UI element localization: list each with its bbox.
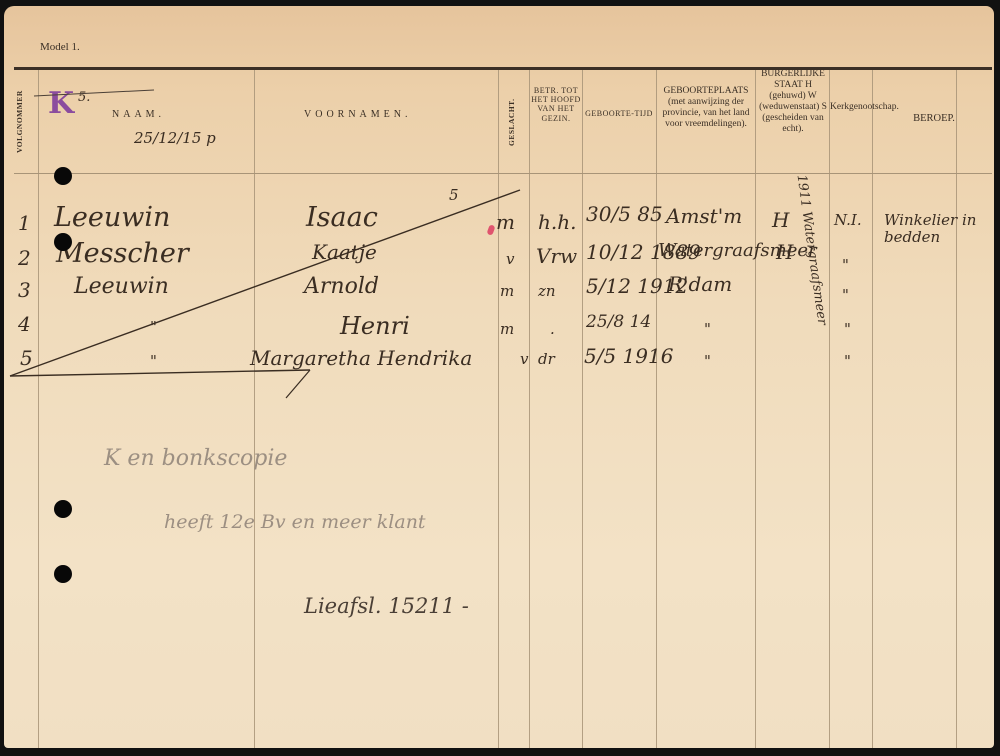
stamp-note: 5.	[78, 90, 90, 105]
col-divider	[656, 70, 657, 748]
punch-hole	[54, 565, 72, 583]
header-geboorteplaats: GEBOORTEPLAATS (met aanwijzing der provi…	[657, 86, 755, 130]
top-rule	[14, 67, 992, 70]
row-1-betrekking: h.h.	[538, 210, 576, 234]
row-1-beroep: Winkelier in bedden	[884, 212, 984, 245]
row-1-voornamen-sup: 5	[449, 186, 459, 204]
row-5-geboortetijd: 5/5 1916	[584, 344, 673, 368]
row-2-nr: 2	[18, 246, 31, 270]
punch-hole	[54, 167, 72, 185]
row-1-staat: H	[772, 208, 789, 232]
row-2-geslacht: v	[506, 250, 514, 268]
row-1-voornamen: Isaac	[306, 202, 378, 233]
row-4-betrekking: .	[550, 320, 555, 338]
col-divider	[582, 70, 583, 748]
row-3-voornamen: Arnold	[304, 274, 379, 299]
header-naam: NAAM.	[112, 109, 165, 121]
header-kerkgenootschap: Kerkgenootschap.	[830, 102, 872, 113]
col-divider	[956, 70, 957, 748]
col-divider	[829, 70, 830, 748]
row-4-voornamen: Henri	[340, 312, 410, 340]
pencil-note-1: K en bonkscopie	[104, 446, 287, 471]
header-burgerlijke-staat: BURGERLIJKE STAAT H (gehuwd) W (weduwens…	[756, 69, 830, 135]
row-5-naam: "	[150, 352, 157, 370]
row-5-kerk: "	[844, 352, 851, 370]
row-2-voornamen: Kaatje	[312, 240, 377, 264]
header-geslacht: GESLACHT.	[508, 92, 517, 152]
row-3-nr: 3	[18, 278, 31, 302]
header-volgnommer: VOLGNOMMER	[16, 82, 25, 162]
row-4-naam: "	[150, 318, 157, 336]
row-1-geboortetijd: 30/5 85	[586, 202, 663, 226]
model-label: Model 1.	[40, 41, 80, 53]
header-rule	[14, 173, 992, 174]
registration-card: Model 1. VOLGNOMMER K 5. NAAM. 25/12/15 …	[4, 6, 994, 748]
col-divider	[755, 70, 756, 748]
row-1-nr: 1	[18, 211, 31, 235]
row-3-geslacht: m	[500, 282, 514, 300]
row-5-voornamen: Margaretha Hendrika	[250, 346, 472, 370]
col-divider	[872, 70, 873, 748]
header-geboortetijd: GEBOORTE-TIJD	[584, 109, 654, 118]
col-divider	[498, 70, 499, 748]
row-5-betrekking: dr	[538, 350, 555, 368]
punch-hole	[54, 500, 72, 518]
stamp-k: K	[48, 86, 74, 121]
row-4-kerk: "	[844, 320, 851, 338]
row-1-naam: Leeuwin	[54, 202, 170, 233]
row-3-betrekking: zn	[538, 282, 556, 300]
col-divider	[529, 70, 530, 748]
punch-hole	[54, 233, 72, 251]
row-2-naam: Messcher	[56, 238, 189, 269]
header-beroep: BEROEP.	[874, 113, 994, 125]
row-5-nr: 5	[20, 346, 33, 370]
row-4-nr: 4	[18, 312, 31, 336]
header-betrekking: BETR. TOT HET HOOFD VAN HET GEZIN.	[531, 86, 581, 123]
col-divider	[38, 70, 39, 748]
col-divider	[254, 70, 255, 748]
row-3-geboorteplaats: R'dam	[668, 272, 732, 296]
row-2-betrekking: Vrw	[536, 244, 577, 268]
header-note: 25/12/15 p	[134, 129, 216, 147]
row-4-geboorteplaats: "	[704, 320, 711, 338]
header-voornamen: VOORNAMEN.	[304, 109, 412, 121]
red-mark	[486, 224, 495, 235]
row-1-geboorteplaats: Amst'm	[666, 204, 742, 228]
row-5-geboorteplaats: "	[704, 352, 711, 370]
row-1-kerk: N.I.	[834, 211, 862, 229]
ink-reference: Lieafsl. 15211 -	[304, 594, 469, 618]
row-2-kerk: "	[842, 256, 849, 274]
row-4-geslacht: m	[500, 320, 514, 338]
row-5-geslacht: v	[520, 350, 528, 368]
row-3-kerk: "	[842, 286, 849, 304]
row-2-staat: H	[776, 240, 793, 264]
row-1-geslacht: m	[496, 210, 515, 234]
row-3-naam: Leeuwin	[74, 274, 169, 299]
pencil-note-2: heeft 12e Bv en meer klant	[164, 511, 426, 533]
row-4-geboortetijd: 25/8 14	[586, 312, 651, 332]
